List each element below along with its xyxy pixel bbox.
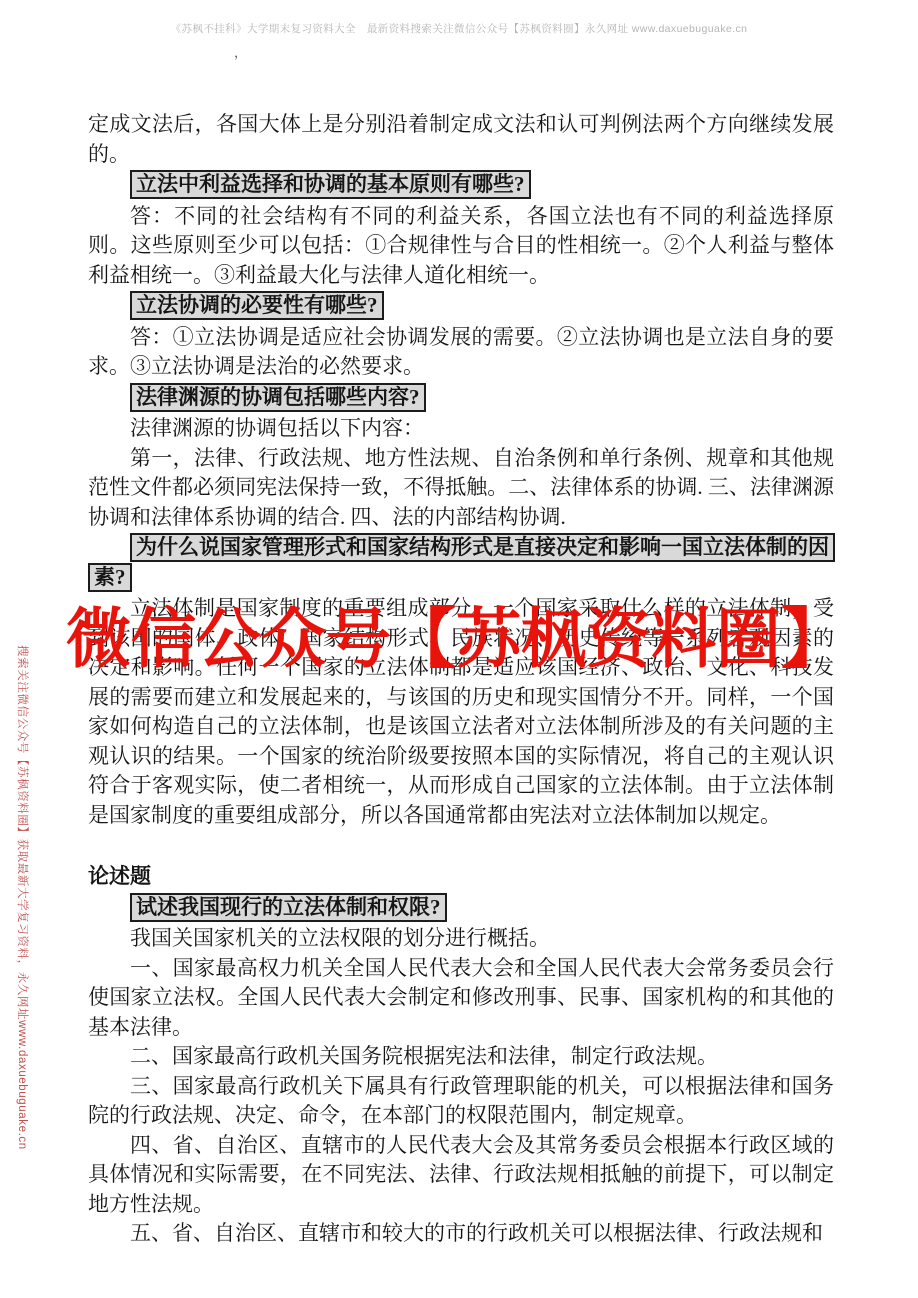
answer-paragraph: 答：①立法协调是适应社会协调发展的需要。②立法协调也是立法自身的要求。③立法协调… xyxy=(88,323,834,382)
question-heading-row: 法律渊源的协调包括哪些内容? xyxy=(88,383,834,413)
answer-paragraph: 第一，法律、行政法规、地方性法规、自治条例和单行条例、规章和其他规范性文件都必须… xyxy=(88,444,834,533)
answer-paragraph: 立法体制是国家制度的重要组成部分。一个国家采取什么样的立法体制，受到该国的国体、… xyxy=(88,594,834,830)
answer-paragraph: 四、省、自治区、直辖市的人民代表大会及其常务委员会根据本行政区域的具体情况和实际… xyxy=(88,1131,834,1220)
question-heading-principles: 立法中利益选择和协调的基本原则有哪些? xyxy=(130,170,531,199)
answer-paragraph: 一、国家最高权力机关全国人民代表大会和全国人民代表大会常务委员会行使国家立法权。… xyxy=(88,954,834,1043)
section-label-essay: 论述题 xyxy=(88,862,834,892)
answer-paragraph: 二、国家最高行政机关国务院根据宪法和法律，制定行政法规。 xyxy=(88,1042,834,1072)
question-heading-necessity: 立法协调的必要性有哪些? xyxy=(130,291,384,320)
answer-paragraph: 法律渊源的协调包括以下内容： xyxy=(88,414,834,444)
stray-comma-mark: ， xyxy=(234,42,247,61)
answer-paragraph: 三、国家最高行政机关下属具有行政管理职能的机关，可以根据法律和国务院的行政法规、… xyxy=(88,1072,834,1131)
side-watermark-note: 搜索关注微信公众号【苏枫资料圈】获取最新大学复习资料，永久网址www.daxue… xyxy=(15,645,31,1150)
answer-paragraph: 答：不同的社会结构有不同的利益关系，各国立法也有不同的利益选择原则。这些原则至少… xyxy=(88,202,834,291)
document-body: 定成文法后，各国大体上是分别沿着制定成文法和认可判例法两个方向继续发展的。 立法… xyxy=(88,110,834,1249)
paragraph-continuation: 定成文法后，各国大体上是分别沿着制定成文法和认可判例法两个方向继续发展的。 xyxy=(88,110,834,169)
question-heading-sources: 法律渊源的协调包括哪些内容? xyxy=(130,383,426,412)
question-heading-row: 立法中利益选择和协调的基本原则有哪些? xyxy=(88,170,834,200)
question-heading-state-form: 为什么说国家管理形式和国家结构形式是直接决定和影响一国立法体制的因素? xyxy=(88,533,835,592)
question-heading-legislative-system: 试述我国现行的立法体制和权限? xyxy=(130,893,447,922)
header-note: 《苏枫不挂科》大学期末复习资料大全 最新资料搜索关注微信公众号【苏枫资料圈】永久… xyxy=(0,21,918,36)
answer-paragraph: 我国关国家机关的立法权限的划分进行概括。 xyxy=(88,924,834,954)
question-heading-row: 为什么说国家管理形式和国家结构形式是直接决定和影响一国立法体制的因素? xyxy=(88,533,834,592)
answer-paragraph: 五、省、自治区、直辖市和较大的市的行政机关可以根据法律、行政法规和 xyxy=(88,1219,834,1249)
question-heading-row: 试述我国现行的立法体制和权限? xyxy=(88,893,834,923)
question-heading-row: 立法协调的必要性有哪些? xyxy=(88,291,834,321)
